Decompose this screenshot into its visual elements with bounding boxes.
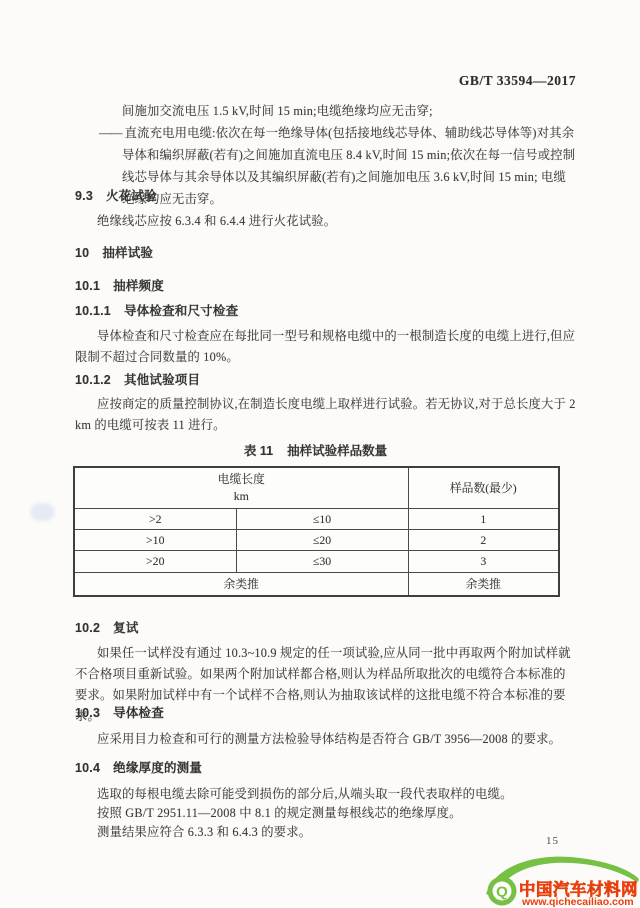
paragraph-10-4-1: 选取的每根电缆去除可能受到损伤的部分后,从端头取一段代表取样的电缆。: [75, 784, 578, 805]
paragraph-10-3: 应采用目力检查和可行的测量方法检验导体结构是否符合 GB/T 3956—2008…: [75, 729, 578, 750]
table-row: >20 ≤30 3: [74, 551, 559, 573]
list-dash: ——: [99, 126, 122, 140]
heading-number: 10.3: [75, 706, 100, 720]
table-row: >10 ≤20 2: [74, 530, 559, 551]
heading-title: 抽样试验: [102, 246, 153, 260]
heading-number: 10.1.1: [75, 304, 111, 318]
heading-title: 复试: [113, 621, 138, 635]
cell-min: >10: [74, 530, 236, 551]
cell-max: ≤20: [236, 530, 408, 551]
watermark-site-url: www.qichecailiao.com: [521, 896, 634, 908]
heading-title: 导体检查: [113, 706, 164, 720]
heading-10-1: 10.1抽样频度: [75, 276, 578, 297]
table-caption: 表 11抽样试验样品数量: [73, 441, 558, 459]
cell-max: ≤10: [236, 509, 408, 530]
cell-count: 2: [408, 530, 559, 551]
header-cell-cable-length: 电缆长度 km: [74, 467, 408, 509]
heading-10-1-1: 10.1.1导体检查和尺寸检查: [75, 301, 578, 322]
header-cell-sample-count: 样品数(最少): [408, 467, 559, 509]
heading-number: 10: [75, 246, 89, 260]
paragraph-9-3: 绝缘线芯应按 6.3.4 和 6.4.4 进行火花试验。: [75, 211, 578, 232]
heading-number: 10.1: [75, 279, 100, 293]
table-caption-label: 表 11: [244, 444, 273, 458]
table-caption-title: 抽样试验样品数量: [287, 444, 387, 458]
heading-10-4: 10.4绝缘厚度的测量: [75, 758, 578, 779]
cable-length-unit: km: [75, 488, 408, 505]
paragraph-10-1-1: 导体检查和尺寸检查应在每批同一型号和规格电缆中的一根制造长度的电缆上进行,但应限…: [75, 326, 578, 368]
table-row-etc: 余类推 余类推: [74, 573, 559, 596]
cell-max: ≤30: [236, 551, 408, 573]
carryover-line: 间施加交流电压 1.5 kV,时间 15 min;电缆绝缘均应无击穿;: [75, 101, 578, 122]
heading-title: 抽样频度: [113, 279, 164, 293]
paragraph-10-4-3: 测量结果应符合 6.3.3 和 6.4.3 的要求。: [75, 822, 578, 843]
paragraph-10-1-2: 应按商定的质量控制协议,在制造长度电缆上取样进行试验。若无协议,对于总长度大于 …: [75, 394, 578, 436]
cell-min: >20: [74, 551, 236, 573]
paragraph-10-4-2: 按照 GB/T 2951.11—2008 中 8.1 的规定测量每根线芯的绝缘厚…: [75, 803, 578, 824]
heading-number: 10.1.2: [75, 373, 111, 387]
q-mark-letter: Q: [496, 884, 508, 901]
heading-10-1-2: 10.1.2其他试验项目: [75, 370, 578, 391]
scan-artifact-blob: [30, 503, 55, 521]
table-header-row: 电缆长度 km 样品数(最少): [74, 467, 559, 509]
document-page: GB/T 33594—2017 间施加交流电压 1.5 kV,时间 15 min…: [0, 0, 640, 908]
standard-number: GB/T 33594—2017: [459, 70, 576, 91]
cell-etc-right: 余类推: [408, 573, 559, 596]
heading-10-2: 10.2复试: [75, 618, 578, 639]
cell-count: 3: [408, 551, 559, 573]
table-row: >2 ≤10 1: [74, 509, 559, 530]
page-number: 15: [546, 835, 559, 847]
heading-title: 火花试验: [106, 189, 157, 203]
heading-9-3: 9.3火花试验: [75, 186, 578, 207]
cell-count: 1: [408, 509, 559, 530]
heading-title: 绝缘厚度的测量: [113, 761, 202, 775]
cable-length-label: 电缆长度: [75, 471, 408, 488]
heading-title: 导体检查和尺寸检查: [124, 304, 238, 318]
heading-number: 9.3: [75, 189, 93, 203]
heading-10-3: 10.3导体检查: [75, 703, 578, 724]
cell-etc-left: 余类推: [74, 573, 408, 596]
heading-number: 10.4: [75, 761, 100, 775]
sampling-table: 电缆长度 km 样品数(最少) >2 ≤10 1 >10 ≤20 2 >20 ≤…: [73, 466, 560, 597]
heading-title: 其他试验项目: [124, 373, 200, 387]
heading-10: 10抽样试验: [75, 243, 578, 264]
cell-min: >2: [74, 509, 236, 530]
heading-number: 10.2: [75, 621, 100, 635]
watermark-logo: Q 中国汽车材料网 www.qichecailiao.com: [481, 853, 640, 908]
